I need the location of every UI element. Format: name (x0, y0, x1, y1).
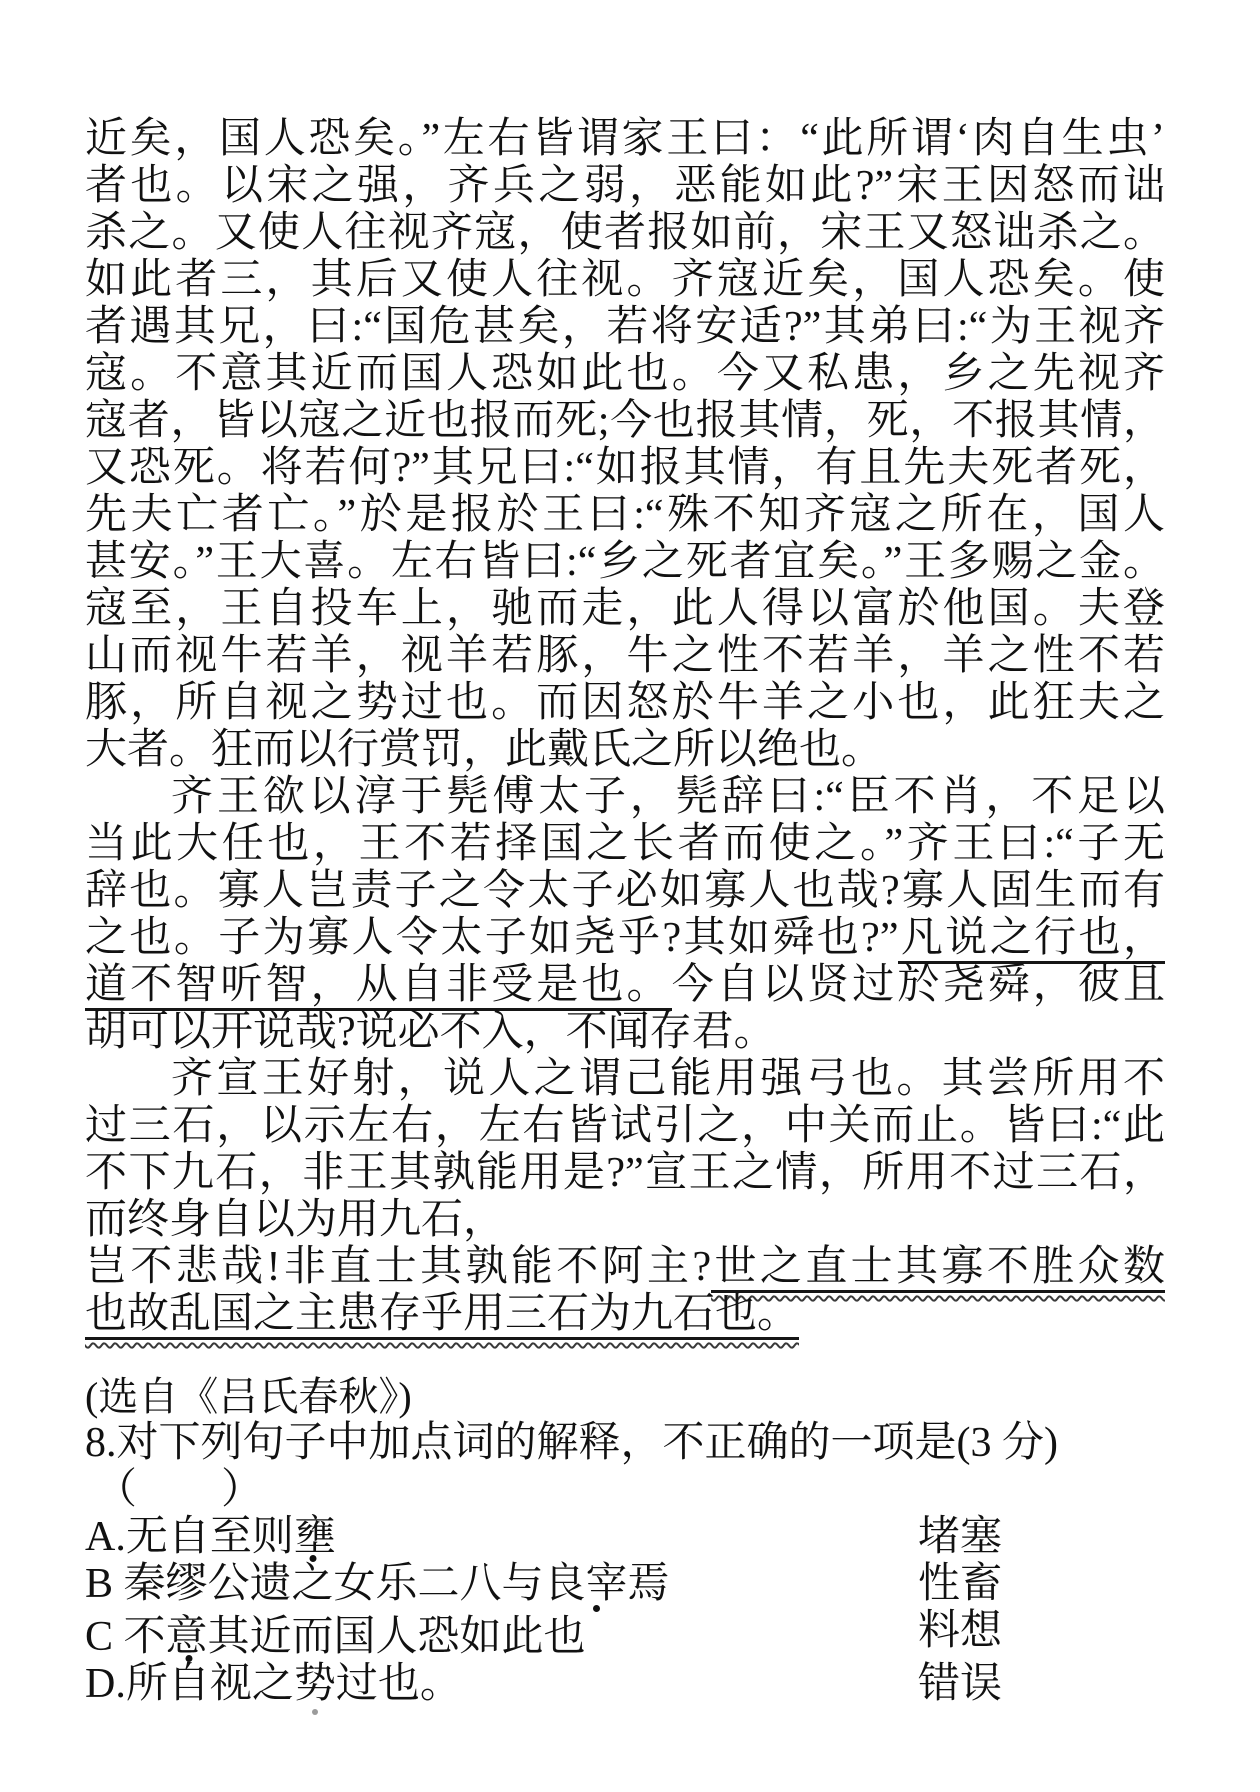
passage-text: 如此者三，其后又使人往视。齐寇近矣，国人恐矣。使 (85, 257, 1165, 303)
option-row-d: D.所自视之势过也。错误 (85, 1661, 1165, 1708)
passage-line: 寇至，王自投车上，驰而走，此人得以富於他国。夫登 (85, 586, 1165, 633)
options-list: A.无自至则壅堵塞B 秦缪公遗之女乐二八与良宰焉性畜C 不意其近而国人恐如此也料… (85, 1514, 1165, 1708)
passage-text: 寇至，王自投车上，驰而走，此人得以富於他国。夫登 (85, 586, 1165, 632)
passage-text: 今自以贤过於尧舜，彼且 (672, 962, 1165, 1008)
passage-text: 寇者，皆以寇之近也报而死;今也报其情，死，不报其情， (85, 398, 1165, 444)
passage-text: 山而视牛若羊，视羊若豚，牛之性不若羊，羊之性不若 (85, 633, 1165, 679)
passage-text: 者也。以宋之强，齐兵之弱，恶能如此?”宋王因怒而诎 (85, 163, 1165, 209)
passage-line: 甚安。”王大喜。左右皆曰:“乡之死者宜矣。”王多赐之金。 (85, 539, 1165, 586)
passage-text: 近矣，国人恐矣。”左右皆谓家王曰：“此所谓‘肉自生虫’ (85, 116, 1165, 162)
passage-text: 之也。子为寡人令太子如尧乎?其如舜也?” (85, 915, 898, 961)
passage-text: 无自至则壅 (126, 1514, 336, 1560)
passage-text: 又恐死。将若何?”其兄曰:“如报其情，有且先夫死者死， (85, 445, 1165, 491)
underlined-text: 道不智听智，从自非受是也。 (85, 962, 672, 1011)
option-gloss: 错误 (918, 1661, 1002, 1708)
classical-passage: 近矣，国人恐矣。”左右皆谓家王曰：“此所谓‘肉自生虫’者也。以宋之强，齐兵之弱，… (85, 116, 1165, 1338)
passage-line: 齐王欲以淳于髡傅太子，髡辞曰:“臣不肖，不足以 (85, 774, 1165, 821)
passage-text: 而终身自以为用九石， (85, 1197, 505, 1243)
option-label: B (85, 1561, 124, 1607)
passage-text: 豚，所自视之势过也。而因怒於牛羊之小也，此狂夫之 (85, 680, 1165, 726)
passage-line: 寇。不意其近而国人恐如此也。今又私患，乡之先视齐 (85, 351, 1165, 398)
passage-text: 齐王欲以淳于髡傅太子，髡辞曰:“臣不肖，不足以 (171, 774, 1165, 820)
passage-text: 岂不悲哉!非直士其孰能不阿主? (85, 1244, 711, 1290)
passage-line: 杀之。又使人往视齐寇，使者报如前，宋王又怒诎杀之。 (85, 210, 1165, 257)
passage-line: 道不智听智，从自非受是也。今自以贤过於尧舜，彼且 (85, 962, 1165, 1009)
option-gloss: 堵塞 (918, 1514, 1002, 1561)
passage-text: 大者。狂而以行赏罚，此戴氏之所以绝也。 (85, 727, 883, 773)
passage-line: 之也。子为寡人令太子如尧乎?其如舜也?”凡说之行也， (85, 915, 1165, 962)
passage-text: 所 (126, 1661, 168, 1707)
passage-text: 过三石，以示左右，左右皆试引之，中关而止。皆曰:“此 (85, 1103, 1165, 1149)
passage-line: 过三石，以示左右，左右皆试引之，中关而止。皆曰:“此 (85, 1103, 1165, 1150)
passage-text: 当此大任也，王不若择国之长者而使之。”齐王曰:“子无 (85, 821, 1165, 867)
passage-text: 齐宣王好射，说人之谓己能用强弓也。其尝所用不 (171, 1056, 1165, 1102)
answer-blank: （ ） (85, 1467, 1165, 1514)
passage-text: 不下九石，非王其孰能用是?”宣王之情，所用不过三石， (85, 1150, 1165, 1196)
option-row-c: C 不意其近而国人恐如此也料想 (85, 1608, 1165, 1661)
paragraph-gap (85, 1338, 1165, 1373)
passage-text: 秦缪公遗 (124, 1561, 292, 1607)
passage-line: 如此者三，其后又使人往视。齐寇近矣，国人恐矣。使 (85, 257, 1165, 304)
passage-line: 辞也。寡人岂责子之令太子必如寡人也哉?寡人固生而有 (85, 868, 1165, 915)
dotted-word: 自 (168, 1661, 210, 1707)
passage-line: 大者。狂而以行赏罚，此戴氏之所以绝也。 (85, 727, 1165, 774)
passage-text: 杀之。又使人往视齐寇，使者报如前，宋王又怒诎杀之。 (85, 210, 1165, 256)
passage-line: 者也。以宋之强，齐兵之弱，恶能如此?”宋王因怒而诎 (85, 163, 1165, 210)
passage-text: 女乐二八与良宰焉 (334, 1561, 670, 1607)
underlined-text: 也故乱国之主患存乎用三石为九石也。 (85, 1291, 799, 1340)
passage-text: 先夫亡者亡。”於是报於王曰:“殊不知齐寇之所在，国人 (85, 492, 1165, 538)
passage-line: 又恐死。将若何?”其兄曰:“如报其情，有且先夫死者死， (85, 445, 1165, 492)
passage-line: 山而视牛若羊，视羊若豚，牛之性不若羊，羊之性不若 (85, 633, 1165, 680)
passage-text: 辞也。寡人岂责子之令太子必如寡人也哉?寡人固生而有 (85, 868, 1165, 914)
passage-line: 当此大任也，王不若择国之长者而使之。”齐王曰:“子无 (85, 821, 1165, 868)
option-sentence: 秦缪公遗之女乐二八与良宰焉 (124, 1561, 670, 1607)
passage-text: 视之 (210, 1661, 294, 1707)
option-label: C (85, 1614, 124, 1660)
passage-line: 先夫亡者亡。”於是报於王曰:“殊不知齐寇之所在，国人 (85, 492, 1165, 539)
exam-page: 近矣，国人恐矣。”左右皆谓家王曰：“此所谓‘肉自生虫’者也。以宋之强，齐兵之弱，… (0, 0, 1260, 1792)
underlined-text: 世之直士其寡不胜众数 (711, 1244, 1165, 1293)
passage-line: 不下九石，非王其孰能用是?”宣王之情，所用不过三石， (85, 1150, 1165, 1197)
emphasis-dot (586, 1608, 604, 1650)
option-sentence: 不意其近而国人恐如此也 (124, 1614, 604, 1660)
option-row-b: B 秦缪公遗之女乐二八与良宰焉性畜 (85, 1561, 1165, 1608)
passage-line: 胡可以开说哉?说必不入，不闻存君。 (85, 1009, 1165, 1056)
option-label: A. (85, 1514, 126, 1560)
passage-line: 寇者，皆以寇之近也报而死;今也报其情，死，不报其情， (85, 398, 1165, 445)
question-8-stem: 8.对下列句子中加点词的解释，不正确的一项是(3 分) (85, 1420, 1165, 1467)
option-gloss: 料想 (918, 1608, 1002, 1655)
option-label: D. (85, 1661, 126, 1707)
passage-text: 不意其近而国人恐如此也 (124, 1614, 586, 1660)
underlined-text: 凡说之行也， (898, 915, 1165, 964)
passage-text: 寇。不意其近而国人恐如此也。今又私患，乡之先视齐 (85, 351, 1165, 397)
passage-line: 豚，所自视之势过也。而因怒於牛羊之小也，此狂夫之 (85, 680, 1165, 727)
passage-line: 也故乱国之主患存乎用三石为九石也。 (85, 1291, 1165, 1338)
passage-line: 岂不悲哉!非直士其孰能不阿主?世之直士其寡不胜众数 (85, 1244, 1165, 1291)
passage-text: 者遇其兄，曰:“国危甚矣，若将安适?”其弟曰:“为王视齐 (85, 304, 1165, 350)
passage-text: 胡可以开说哉?说必不入，不闻存君。 (85, 1009, 776, 1055)
passage-line: 者遇其兄，曰:“国危甚矣，若将安适?”其弟曰:“为王视齐 (85, 304, 1165, 351)
option-sentence: 所自视之势过也。 (126, 1661, 462, 1707)
source-note: (选自《吕氏春秋》) (85, 1373, 1165, 1420)
option-gloss: 性畜 (918, 1561, 1002, 1608)
dotted-word: 之 (292, 1561, 334, 1607)
passage-line: 近矣，国人恐矣。”左右皆谓家王曰：“此所谓‘肉自生虫’ (85, 116, 1165, 163)
passage-text: 甚安。”王大喜。左右皆曰:“乡之死者宜矣。”王多赐之金。 (85, 539, 1165, 585)
passage-line: 齐宣王好射，说人之谓己能用强弓也。其尝所用不 (85, 1056, 1165, 1103)
passage-text: 过也。 (336, 1661, 462, 1707)
passage-line: 而终身自以为用九石， (85, 1197, 1165, 1244)
option-sentence: 无自至则壅 (126, 1514, 336, 1560)
dotted-word: 势 (294, 1661, 336, 1707)
option-row-a: A.无自至则壅堵塞 (85, 1514, 1165, 1561)
